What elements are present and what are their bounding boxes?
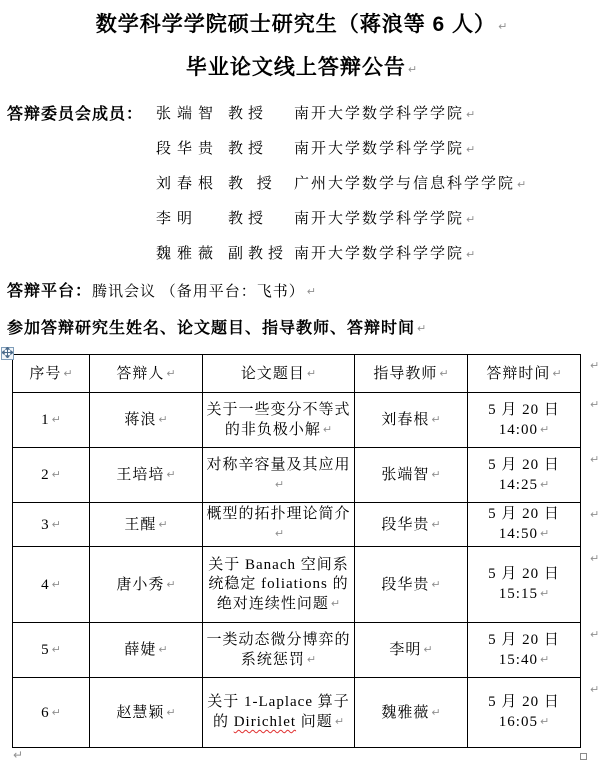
- member-name: 刘春根: [156, 167, 228, 202]
- defense-time: 16:05: [499, 714, 538, 730]
- defense-date: 5 月 20 日: [471, 456, 577, 475]
- cell-end-mark: ↵: [540, 587, 549, 600]
- cell-end-mark: ↵: [63, 367, 72, 380]
- header-label: 答辩时间: [486, 366, 550, 382]
- row-end-mark: ↵: [590, 398, 599, 411]
- paragraph-mark: ↵: [13, 748, 23, 761]
- member-title: 教 授: [228, 167, 294, 202]
- defense-time: 15:40: [499, 652, 538, 668]
- cell-end-mark: ↵: [540, 423, 549, 436]
- table-resize-handle[interactable]: [580, 753, 587, 760]
- cell-advisor[interactable]: 刘春根↵: [355, 393, 468, 448]
- cell-end-mark: ↵: [431, 518, 440, 531]
- cell-end-mark: ↵: [307, 653, 316, 666]
- member-title: 副教授: [228, 237, 294, 272]
- cell-end-mark: ↵: [52, 643, 61, 656]
- row-end-mark: ↵: [590, 508, 599, 521]
- cell-end-mark: ↵: [158, 643, 167, 656]
- member-name: 魏雅薇: [156, 237, 228, 272]
- cell-end-mark: ↵: [52, 578, 61, 591]
- cell-advisor[interactable]: 张端智↵: [355, 448, 468, 503]
- cell-end-mark: ↵: [166, 578, 175, 591]
- defense-date: 5 月 20 日: [471, 565, 577, 584]
- table-row: 3↵ 王醒↵ 概型的拓扑理论简介↵ 段华贵↵ 5 月 20 日14:50↵: [13, 503, 581, 547]
- member-affiliation: 南开大学数学科学学院: [294, 132, 464, 167]
- cell-no[interactable]: 6↵: [13, 678, 90, 748]
- cell-end-mark: ↵: [166, 706, 175, 719]
- defense-time: 14:25: [499, 477, 538, 493]
- cell-thesis[interactable]: 一类动态微分博弈的系统惩罚↵: [203, 623, 355, 678]
- member-title: 教授: [228, 97, 294, 132]
- cell-student[interactable]: 薛婕↵: [90, 623, 203, 678]
- paragraph-mark: ↵: [466, 237, 475, 272]
- cell-no[interactable]: 3↵: [13, 503, 90, 547]
- cell-time[interactable]: 5 月 20 日15:40↵: [468, 623, 581, 678]
- cell-student[interactable]: 赵慧颖↵: [90, 678, 203, 748]
- committee-member-row: 段华贵 教授 南开大学数学科学学院 ↵: [156, 132, 603, 167]
- cell-end-mark: ↵: [423, 643, 432, 656]
- cell-no[interactable]: 2↵: [13, 448, 90, 503]
- member-affiliation: 南开大学数学科学学院: [294, 202, 464, 237]
- cell-student[interactable]: 王培培↵: [90, 448, 203, 503]
- cell-end-mark: ↵: [52, 706, 61, 719]
- paragraph-mark: ↵: [417, 322, 426, 335]
- intro-text: 参加答辩研究生姓名、论文题目、指导教师、答辩时间: [7, 320, 415, 337]
- cell-end-mark: ↵: [431, 413, 440, 426]
- cell-student[interactable]: 唐小秀↵: [90, 547, 203, 623]
- cell-end-mark: ↵: [439, 367, 448, 380]
- cell-no[interactable]: 1↵: [13, 393, 90, 448]
- cell-end-mark: ↵: [52, 413, 61, 426]
- cell-end-mark: ↵: [166, 468, 175, 481]
- defense-time: 14:50: [499, 526, 538, 542]
- member-name: 张端智: [156, 97, 228, 132]
- cell-time[interactable]: 5 月 20 日14:25↵: [468, 448, 581, 503]
- cell-end-mark: ↵: [540, 653, 549, 666]
- cell-thesis[interactable]: 概型的拓扑理论简介↵: [203, 503, 355, 547]
- row-end-mark: ↵: [590, 628, 599, 641]
- member-affiliation: 南开大学数学科学学院: [294, 97, 464, 132]
- platform-value: 腾讯会议 （备用平台：飞书）: [92, 284, 305, 300]
- member-affiliation: 广州大学数学与信息科学学院: [294, 167, 515, 202]
- defense-time: 15:15: [499, 586, 538, 602]
- cell-end-mark: ↵: [552, 367, 561, 380]
- table-header-row: 序号↵ 答辩人↵ 论文题目↵ 指导教师↵ 答辩时间↵: [13, 355, 581, 393]
- defense-platform-line: 答辩平台：腾讯会议 （备用平台：飞书）↵: [7, 279, 603, 305]
- committee-member-row: 魏雅薇 副教授 南开大学数学科学学院 ↵: [156, 237, 603, 272]
- cell-time[interactable]: 5 月 20 日14:50↵: [468, 503, 581, 547]
- cell-student[interactable]: 王醒↵: [90, 503, 203, 547]
- row-end-mark: ↵: [590, 683, 599, 696]
- header-label: 论文题目: [241, 366, 305, 382]
- table-row: 6↵ 赵慧颖↵ 关于 1-Laplace 算子的 Dirichlet 问题↵ 魏…: [13, 678, 581, 748]
- defense-date: 5 月 20 日: [471, 693, 577, 712]
- member-affiliation: 南开大学数学科学学院: [294, 237, 464, 272]
- cell-end-mark: ↵: [540, 527, 549, 540]
- cell-end-mark: ↵: [275, 478, 284, 491]
- title-text: 毕业论文线上答辩公告: [186, 56, 406, 79]
- misspelled-word: Dirichlet: [234, 714, 296, 730]
- cell-end-mark: ↵: [158, 413, 167, 426]
- committee-label: 答辩委员会成员：: [7, 97, 156, 272]
- cell-end-mark: ↵: [52, 468, 61, 481]
- header-cell-no[interactable]: 序号↵: [13, 355, 90, 393]
- cell-end-mark: ↵: [158, 518, 167, 531]
- header-cell-advisor[interactable]: 指导教师↵: [355, 355, 468, 393]
- table-intro-line: 参加答辩研究生姓名、论文题目、指导教师、答辩时间↵: [7, 317, 603, 341]
- cell-advisor[interactable]: 段华贵↵: [355, 503, 468, 547]
- header-label: 答辩人: [116, 366, 164, 382]
- cell-thesis[interactable]: 对称辛容量及其应用↵: [203, 448, 355, 503]
- cell-no[interactable]: 5↵: [13, 623, 90, 678]
- header-cell-thesis[interactable]: 论文题目↵: [203, 355, 355, 393]
- cell-end-mark: ↵: [331, 597, 340, 610]
- paragraph-mark: ↵: [408, 63, 417, 76]
- paragraph-mark: ↵: [307, 285, 316, 298]
- platform-label: 答辩平台：: [7, 283, 92, 300]
- cell-end-mark: ↵: [307, 367, 316, 380]
- cell-end-mark: ↵: [431, 706, 440, 719]
- cell-end-mark: ↵: [323, 423, 332, 436]
- committee-block: 答辩委员会成员： 张端智 教授 南开大学数学科学学院 ↵ 段华贵 教授 南开大学…: [7, 97, 603, 272]
- cell-end-mark: ↵: [540, 715, 549, 728]
- defense-schedule-table: 序号↵ 答辩人↵ 论文题目↵ 指导教师↵ 答辩时间↵ 1↵ 蒋浪↵ 关于一些变分…: [12, 354, 581, 748]
- cell-time[interactable]: 5 月 20 日16:05↵: [468, 678, 581, 748]
- header-cell-time[interactable]: 答辩时间↵: [468, 355, 581, 393]
- defense-date: 5 月 20 日: [471, 505, 577, 524]
- row-end-mark: ↵: [590, 359, 599, 372]
- row-end-mark: ↵: [590, 552, 599, 565]
- table-row: 4↵ 唐小秀↵ 关于 Banach 空间系统稳定 foliations 的绝对连…: [13, 547, 581, 623]
- row-end-mark: ↵: [590, 453, 599, 466]
- paragraph-mark: ↵: [498, 20, 507, 33]
- committee-member-row: 刘春根 教 授 广州大学数学与信息科学学院 ↵: [156, 167, 603, 202]
- cell-time[interactable]: 5 月 20 日15:15↵: [468, 547, 581, 623]
- member-title: 教授: [228, 132, 294, 167]
- title-text: 数学科学学院硕士研究生（蒋浪等 6 人）: [96, 13, 496, 36]
- table-row: 1↵ 蒋浪↵ 关于一些变分不等式的非负极小解↵ 刘春根↵ 5 月 20 日14:…: [13, 393, 581, 448]
- cell-advisor[interactable]: 段华贵↵: [355, 547, 468, 623]
- cell-end-mark: ↵: [335, 715, 344, 728]
- header-label: 指导教师: [373, 366, 437, 382]
- table-move-handle[interactable]: [1, 347, 14, 360]
- cell-thesis[interactable]: 关于 Banach 空间系统稳定 foliations 的绝对连续性问题↵: [203, 547, 355, 623]
- paragraph-mark: ↵: [466, 202, 475, 237]
- page-title-line2: 毕业论文线上答辩公告↵: [0, 47, 603, 90]
- cell-thesis[interactable]: 关于一些变分不等式的非负极小解↵: [203, 393, 355, 448]
- paragraph-mark: ↵: [466, 97, 475, 132]
- defense-date: 5 月 20 日: [471, 401, 577, 420]
- table-row: 5↵ 薛婕↵ 一类动态微分博弈的系统惩罚↵ 李明↵ 5 月 20 日15:40↵: [13, 623, 581, 678]
- member-title: 教授: [228, 202, 294, 237]
- committee-members: 张端智 教授 南开大学数学科学学院 ↵ 段华贵 教授 南开大学数学科学学院 ↵ …: [156, 97, 603, 272]
- cell-no[interactable]: 4↵: [13, 547, 90, 623]
- cell-thesis[interactable]: 关于 1-Laplace 算子的 Dirichlet 问题↵: [203, 678, 355, 748]
- paragraph-mark: ↵: [517, 167, 526, 202]
- defense-date: 5 月 20 日: [471, 631, 577, 650]
- cell-end-mark: ↵: [166, 367, 175, 380]
- header-label: 序号: [29, 366, 61, 382]
- committee-member-row: 李明 教授 南开大学数学科学学院 ↵: [156, 202, 603, 237]
- document-page: 数学科学学院硕士研究生（蒋浪等 6 人）↵ 毕业论文线上答辩公告↵ 答辩委员会成…: [0, 0, 603, 761]
- member-name: 段华贵: [156, 132, 228, 167]
- cell-end-mark: ↵: [52, 518, 61, 531]
- move-cross-icon: [2, 345, 13, 363]
- defense-time: 14:00: [499, 422, 538, 438]
- defense-table-section: 序号↵ 答辩人↵ 论文题目↵ 指导教师↵ 答辩时间↵ 1↵ 蒋浪↵ 关于一些变分…: [0, 354, 603, 761]
- cell-end-mark: ↵: [275, 527, 284, 540]
- table-row: 2↵ 王培培↵ 对称辛容量及其应用↵ 张端智↵ 5 月 20 日14:25↵: [13, 448, 581, 503]
- cell-advisor[interactable]: 魏雅薇↵: [355, 678, 468, 748]
- cell-student[interactable]: 蒋浪↵: [90, 393, 203, 448]
- header-cell-student[interactable]: 答辩人↵: [90, 355, 203, 393]
- cell-end-mark: ↵: [540, 478, 549, 491]
- cell-advisor[interactable]: 李明↵: [355, 623, 468, 678]
- paragraph-mark: ↵: [466, 132, 475, 167]
- cell-time[interactable]: 5 月 20 日14:00↵: [468, 393, 581, 448]
- page-title-line1: 数学科学学院硕士研究生（蒋浪等 6 人）↵: [0, 4, 603, 47]
- committee-member-row: 张端智 教授 南开大学数学科学学院 ↵: [156, 97, 603, 132]
- cell-end-mark: ↵: [431, 578, 440, 591]
- member-name: 李明: [156, 202, 228, 237]
- cell-end-mark: ↵: [431, 468, 440, 481]
